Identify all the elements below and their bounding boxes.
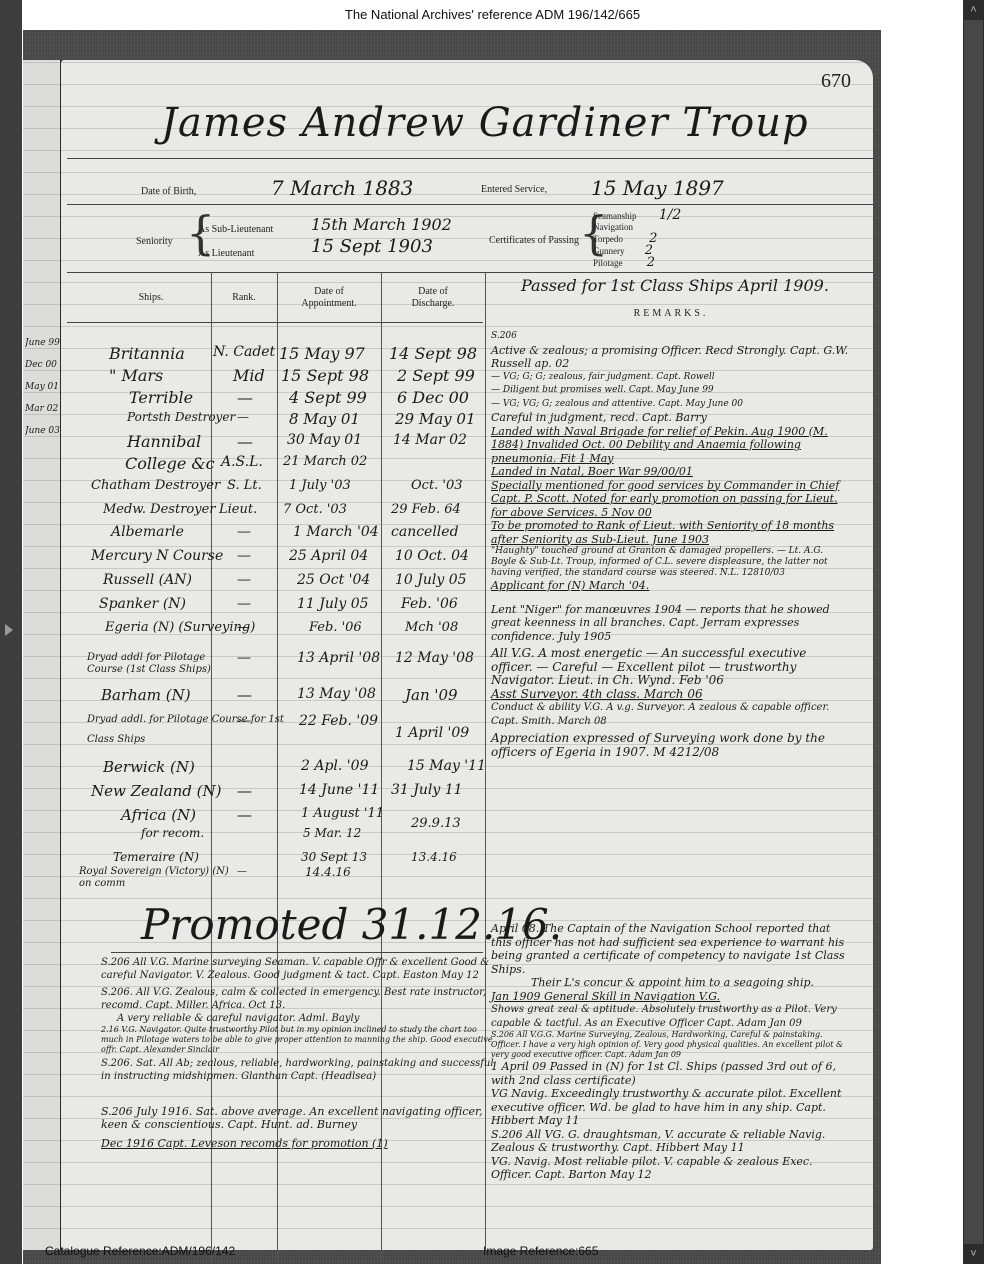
dob-label: Date of Birth, <box>141 186 196 197</box>
table-row: BritanniaN. Cadet15 May 9714 Sept 98 <box>61 344 481 366</box>
officer-name: James Andrew Gardiner Troup <box>161 100 809 146</box>
lt-label: As Lieutenant <box>198 248 254 259</box>
table-row: Africa (N)—1 August '1129.9.13 <box>61 806 481 828</box>
left-panel-strip <box>0 0 22 1264</box>
remarks-lower-right: April 08. The Captain of the Navigation … <box>491 922 851 1182</box>
table-row: " MarsMid15 Sept 982 Sept 99 <box>61 366 481 388</box>
sub-lt-label: As Sub-Lieutenant <box>198 224 273 235</box>
cert-gunnery: Gunnery 2 <box>593 245 681 257</box>
table-row: Mercury N Course—25 April 0410 Oct. 04 <box>61 548 481 570</box>
table-row: Russell (AN)—25 Oct '0410 July 05 <box>61 572 481 594</box>
seniority-label: Seniority <box>136 236 173 247</box>
table-row: Hannibal—30 May 0114 Mar 02 <box>61 432 481 454</box>
table-row: College &cA.S.L.21 March 02 <box>61 454 481 476</box>
service-record-page: 670 James Andrew Gardiner Troup Date of … <box>61 60 873 1250</box>
table-row: Egeria (N) (Surveying)—Feb. '06Mch '08 <box>61 620 481 642</box>
table-row: Medw. DestroyerLieut.7 Oct. '0329 Feb. 6… <box>61 502 481 524</box>
cert-pilotage: Pilotage 2 <box>593 257 681 269</box>
table-row: New Zealand (N)—14 June '1131 July 11 <box>61 782 481 804</box>
col-appointment: Date of Appointment. <box>293 286 365 310</box>
document-viewer: The National Archives' reference ADM 196… <box>22 0 963 1264</box>
vertical-scrollbar[interactable]: ˄ ˅ <box>963 0 984 1264</box>
table-row: Dryad addl for Pilotage Course (1st Clas… <box>61 652 211 674</box>
col-ships: Ships. <box>101 292 201 304</box>
col-remarks: REMARKS. <box>611 308 731 320</box>
dob-value: 7 March 1883 <box>271 176 413 200</box>
table-row: Terrible—4 Sept 996 Dec 00 <box>61 388 481 410</box>
table-row: Dryad addl. for Pilotage Course for 1st … <box>61 710 481 732</box>
document-title: The National Archives' reference ADM 196… <box>22 7 963 22</box>
expand-panel-arrow-icon[interactable] <box>5 624 13 636</box>
col-discharge: Date of Discharge. <box>397 286 469 310</box>
scroll-down-arrow-icon[interactable]: ˅ <box>963 1244 984 1264</box>
entered-service-value: 15 May 1897 <box>591 176 724 200</box>
scroll-up-arrow-icon[interactable]: ˄ <box>963 0 984 20</box>
table-row: Berwick (N)2 Apl. '0915 May '11 <box>61 758 481 780</box>
remarks-upper: S.206 Active & zealous; a promising Offi… <box>491 330 851 759</box>
catalogue-reference: Catalogue Reference:ADM/196/142 <box>45 1244 235 1258</box>
col-rank: Rank. <box>213 292 275 304</box>
table-row: for recom.5 Mar. 12 <box>61 826 481 848</box>
image-reference: Image Reference:665 <box>483 1244 598 1258</box>
table-row: Chatham DestroyerS. Lt.1 July '03Oct. '0… <box>61 478 481 500</box>
passed-note: Passed for 1st Class Ships April 1909. <box>521 276 829 295</box>
table-row: Royal Sovereign (Victory) (N) on comm—14… <box>61 866 481 888</box>
page-number: 670 <box>821 70 851 93</box>
cert-navigation: Navigation <box>593 222 681 233</box>
scanned-record-image: June 99 Dec 00 May 01 Mar 02 June 03 670… <box>23 30 881 1264</box>
lt-value: 15 Sept 1903 <box>311 236 433 257</box>
adjacent-page-margin: June 99 Dec 00 May 01 Mar 02 June 03 <box>23 60 61 1250</box>
cert-seamanship: Seamanship 1/2 <box>593 210 681 222</box>
table-row: Spanker (N)—11 July 05Feb. '06 <box>61 596 481 618</box>
cert-torpedo: Torpedo 2 <box>593 233 681 245</box>
table-row: Albemarle—1 March '04cancelled <box>61 524 481 546</box>
scroll-thumb[interactable] <box>964 20 983 1244</box>
entered-service-label: Entered Service, <box>481 184 547 195</box>
table-row: Barham (N)—13 May '08Jan '09 <box>61 686 481 708</box>
table-row: Portsth Destroyer—8 May 0129 May 01 <box>61 410 481 432</box>
sub-lt-value: 15th March 1902 <box>311 215 452 234</box>
remarks-lower-left: S.206 All V.G. Marine surveying Seaman. … <box>101 956 501 1150</box>
certificates-label: Certificates of Passing <box>489 235 579 246</box>
certificates-list: Seamanship 1/2 Navigation Torpedo 2 Gunn… <box>593 210 681 269</box>
margin-fragments: June 99 Dec 00 May 01 Mar 02 June 03 <box>25 332 61 442</box>
